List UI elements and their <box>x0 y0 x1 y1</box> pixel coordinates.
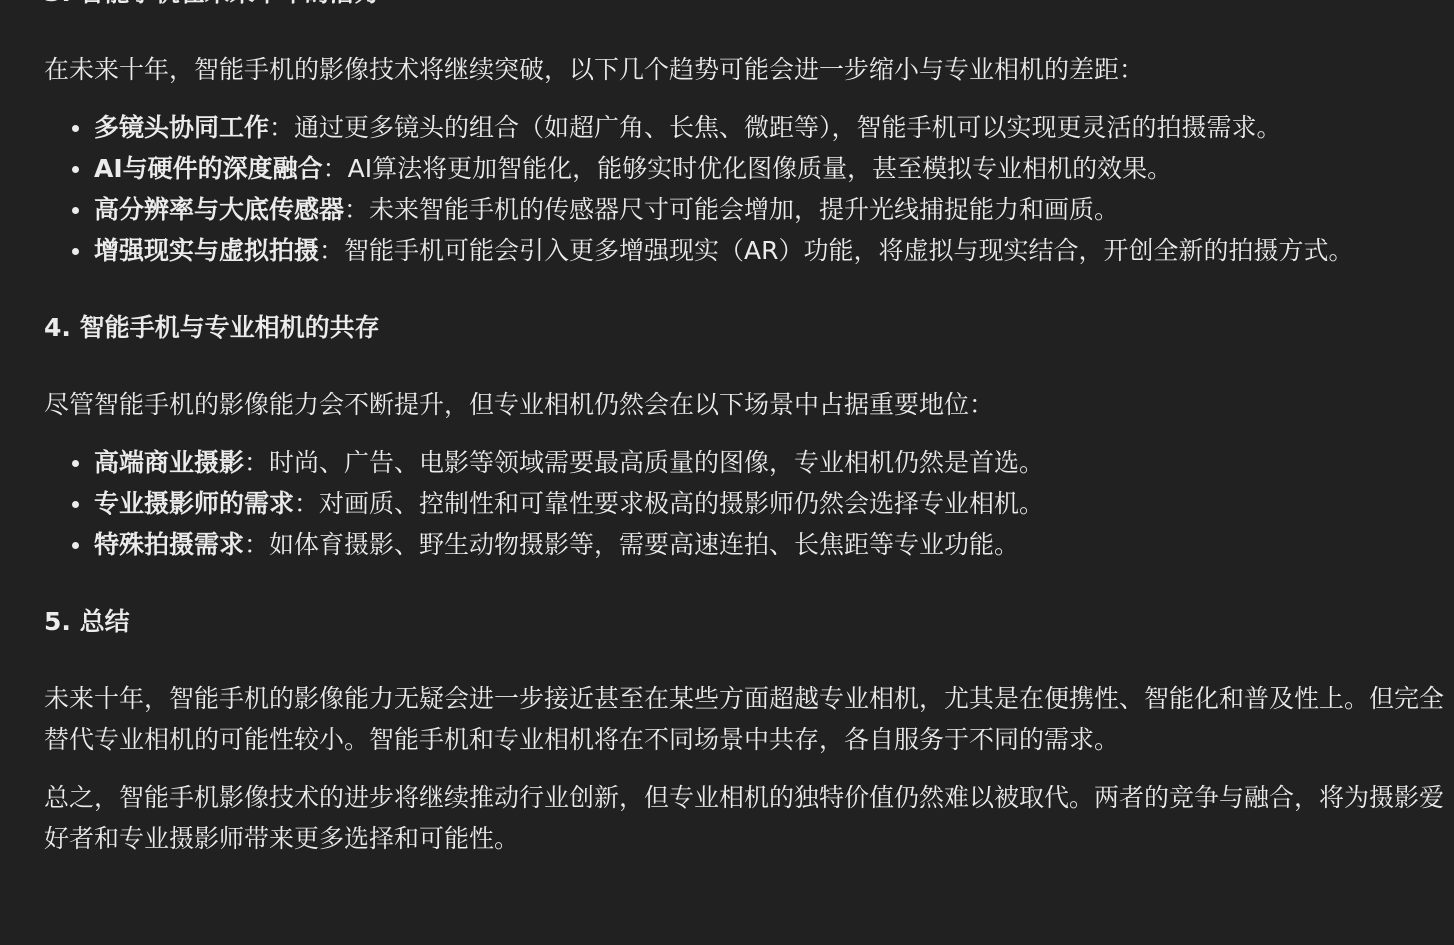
item-text: AI算法将更加智能化，能够实时优化图像质量，甚至模拟专业相机的效果。 <box>348 154 1172 183</box>
section-heading-potential: 3. 智能手机在未来十年的潜力 <box>44 0 1444 13</box>
list-item: 高分辨率与大底传感器：未来智能手机的传感器尺寸可能会增加，提升光线捕捉能力和画质… <box>94 189 1444 230</box>
section-intro-potential: 在未来十年，智能手机的影像技术将继续突破，以下几个趋势可能会进一步缩小与专业相机… <box>44 49 1444 90</box>
item-text: 对画质、控制性和可靠性要求极高的摄影师仍然会选择专业相机。 <box>319 489 1044 518</box>
item-text: 智能手机可能会引入更多增强现实（AR）功能，将虚拟与现实结合，开创全新的拍摄方式… <box>344 236 1353 265</box>
list-item: AI与硬件的深度融合：AI算法将更加智能化，能够实时优化图像质量，甚至模拟专业相… <box>94 148 1444 189</box>
conclusion-paragraph: 总之，智能手机影像技术的进步将继续推动行业创新，但专业相机的独特价值仍然难以被取… <box>44 777 1444 859</box>
item-text: 通过更多镜头的组合（如超广角、长焦、微距等），智能手机可以实现更灵活的拍摄需求。 <box>294 113 1282 142</box>
item-text: 如体育摄影、野生动物摄影等，需要高速连拍、长焦距等专业功能。 <box>269 530 1019 559</box>
summary-paragraph: 未来十年，智能手机的影像能力无疑会进一步接近甚至在某些方面超越专业相机，尤其是在… <box>44 678 1444 760</box>
item-text: 未来智能手机的传感器尺寸可能会增加，提升光线捕捉能力和画质。 <box>369 195 1119 224</box>
section-heading-coexistence: 4. 智能手机与专业相机的共存 <box>44 307 1444 348</box>
list-item: 专业摄影师的需求：对画质、控制性和可靠性要求极高的摄影师仍然会选择专业相机。 <box>94 483 1444 524</box>
item-title: AI与硬件的深度融合 <box>94 154 323 183</box>
item-title: 专业摄影师的需求 <box>94 489 294 518</box>
list-item: 多镜头协同工作：通过更多镜头的组合（如超广角、长焦、微距等），智能手机可以实现更… <box>94 107 1444 148</box>
item-title: 高端商业摄影 <box>94 448 244 477</box>
item-text: 时尚、广告、电影等领域需要最高质量的图像，专业相机仍然是首选。 <box>269 448 1044 477</box>
document-content: 3. 智能手机在未来十年的潜力 在未来十年，智能手机的影像技术将继续突破，以下几… <box>44 0 1444 859</box>
item-title: 多镜头协同工作 <box>94 113 269 142</box>
list-item: 增强现实与虚拟拍摄：智能手机可能会引入更多增强现实（AR）功能，将虚拟与现实结合… <box>94 230 1444 271</box>
list-item: 特殊拍摄需求：如体育摄影、野生动物摄影等，需要高速连拍、长焦距等专业功能。 <box>94 524 1444 565</box>
section-heading-summary: 5. 总结 <box>44 601 1444 642</box>
trend-list: 多镜头协同工作：通过更多镜头的组合（如超广角、长焦、微距等），智能手机可以实现更… <box>44 107 1444 271</box>
scenario-list: 高端商业摄影：时尚、广告、电影等领域需要最高质量的图像，专业相机仍然是首选。 专… <box>44 442 1444 565</box>
list-item: 高端商业摄影：时尚、广告、电影等领域需要最高质量的图像，专业相机仍然是首选。 <box>94 442 1444 483</box>
section-intro-coexistence: 尽管智能手机的影像能力会不断提升，但专业相机仍然会在以下场景中占据重要地位： <box>44 384 1444 425</box>
item-title: 高分辨率与大底传感器 <box>94 195 344 224</box>
item-title: 特殊拍摄需求 <box>94 530 244 559</box>
item-title: 增强现实与虚拟拍摄 <box>94 236 319 265</box>
